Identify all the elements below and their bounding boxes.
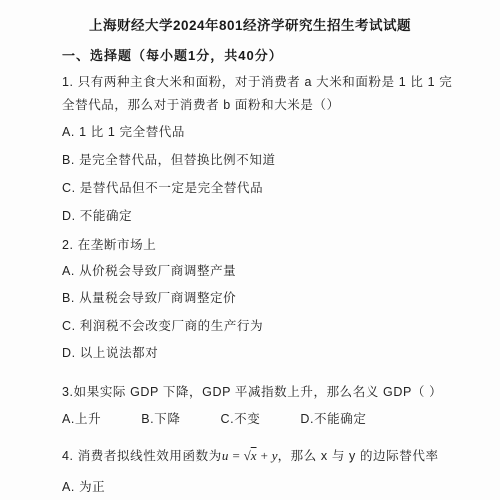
- question-3-text: 3.如果实际 GDP 下降，GDP 平减指数上升，那么名义 GDP（ ）: [62, 381, 442, 404]
- question-1-option-a: A. 1 比 1 完全替代品: [62, 122, 185, 140]
- question-4-option-a: A. 为正: [62, 477, 105, 495]
- question-3-option-d: D.不能确定: [300, 409, 366, 427]
- exam-document-page: 上海财经大学2024年801经济学研究生招生考试试题 一、选择题（每小题1分，共…: [0, 0, 500, 500]
- utility-formula: u = √x + y: [222, 448, 278, 463]
- question-2-text: 2. 在垄断市场上: [62, 234, 156, 257]
- question-2-option-a: A. 从价税会导致厂商调整产量: [62, 261, 236, 279]
- question-3-option-b: B.下降: [141, 409, 180, 427]
- question-2-option-c: C. 利润税不会改变厂商的生产行为: [62, 316, 263, 334]
- question-1-option-d: D. 不能确定: [62, 206, 132, 224]
- section-heading: 一、选择题（每小题1分，共40分）: [62, 45, 283, 64]
- question-1-option-c: C. 是替代品但不一定是完全替代品: [62, 178, 263, 196]
- question-3-options-row: A.上升 B.下降 C.不变 D.不能确定: [62, 409, 366, 427]
- formula-pre: u = √: [222, 448, 251, 463]
- question-2-option-d: D. 以上说法都对: [62, 343, 158, 361]
- formula-post: + y: [257, 448, 278, 463]
- question-1-option-b: B. 是完全替代品，但替换比例不知道: [62, 150, 276, 168]
- question-3-option-c: C.不变: [220, 409, 260, 427]
- question-1-text: 1. 只有两种主食大米和面粉，对于消费者 a 大米和面粉是 1 比 1 完全替代…: [62, 71, 454, 117]
- question-3-option-a: A.上升: [62, 409, 101, 427]
- question-4-text-prefix: 4. 消费者拟线性效用函数为: [62, 449, 222, 463]
- question-2-option-b: B. 从量税会导致厂商调整定价: [62, 288, 236, 306]
- question-4-text: 4. 消费者拟线性效用函数为u = √x + y，那么 x 与 y 的边际替代率: [62, 444, 482, 468]
- exam-title: 上海财经大学2024年801经济学研究生招生考试试题: [0, 14, 500, 34]
- question-4-text-suffix: ，那么 x 与 y 的边际替代率: [278, 449, 439, 463]
